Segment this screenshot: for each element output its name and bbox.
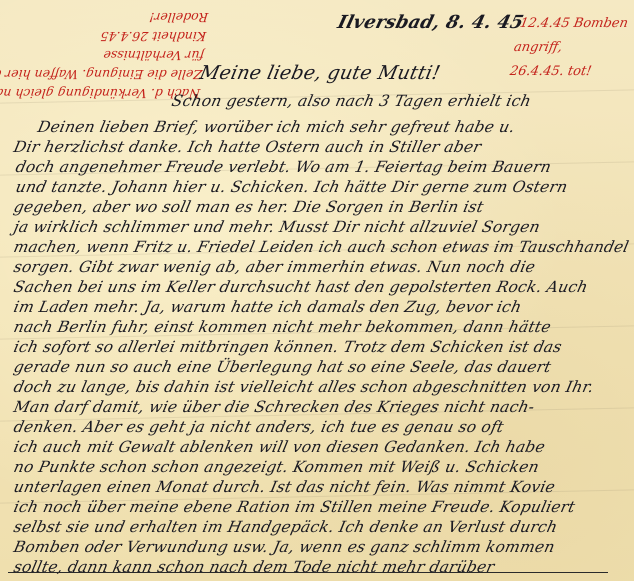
red-annotation-date-2: 26.4.45. tot! xyxy=(509,64,593,79)
letter-line: im Laden mehr. Ja, warum hatte ich damal… xyxy=(12,298,523,316)
letter-line: machen, wenn Fritz u. Friedel Leiden ich… xyxy=(12,238,630,256)
letter-line: doch angenehmer Freude verlebt. Wo am 1.… xyxy=(14,158,553,176)
letter-line: und tanzte. Johann hier u. Schicken. Ich… xyxy=(14,178,569,196)
upside-down-red-annotation: Nach d. Verkündigung gleich nach Zelle d… xyxy=(0,8,209,103)
place-date: Ilversbad, 8. 4. 45 xyxy=(335,12,525,33)
letter-line: Bomben oder Verwundung usw. Ja, wenn es … xyxy=(12,538,556,556)
annotation-line: für Verhältnisse xyxy=(3,46,205,65)
letter-line: no Punkte schon schon angezeigt. Kommen … xyxy=(12,458,541,476)
red-annotation-word: angriff, xyxy=(513,40,564,55)
letter-line: Man darf damit, wie über die Schrecken d… xyxy=(12,398,536,416)
letter-line: Schon gestern, also nach 3 Tagen erhielt… xyxy=(170,92,533,110)
letter-line: ich auch mit Gewalt ablenken will von di… xyxy=(12,438,547,456)
letter-line: ich noch über meine ebene Ration im Stil… xyxy=(12,498,577,516)
letter-line: denken. Aber es geht ja nicht anders, ic… xyxy=(12,418,505,436)
letter-line: gerade nun so auch eine Überlegung hat s… xyxy=(12,358,553,376)
red-annotation-date-1: 12.4.45 Bomben xyxy=(519,16,630,31)
letter-line: ja wirklich schlimmer und mehr. Musst Di… xyxy=(12,218,542,236)
letter-line: sollte, dann kann schon nach dem Tode ni… xyxy=(12,558,496,576)
letter-line: Dir herzlichst danke. Ich hatte Ostern a… xyxy=(12,138,483,156)
annotation-line: Rodeller! xyxy=(7,8,209,27)
letter-line: sorgen. Gibt zwar wenig ab, aber immerhi… xyxy=(12,258,537,276)
bottom-rule xyxy=(8,572,608,573)
letter-line: selbst sie und erhalten im Handgepäck. I… xyxy=(12,518,559,536)
letter-page: Nach d. Verkündigung gleich nach Zelle d… xyxy=(0,0,634,581)
letter-line: Deinen lieben Brief, worüber ich mich se… xyxy=(36,118,516,136)
letter-line: Sachen bei uns im Keller durchsucht hast… xyxy=(12,278,589,296)
annotation-line: Nach d. Verkündigung gleich nach xyxy=(0,84,201,103)
annotation-line: Zelle die Einigung. Waffen hier die xyxy=(1,65,203,84)
letter-line: nach Berlin fuhr, einst kommen nicht meh… xyxy=(12,318,553,336)
letter-line: gegeben, aber wo soll man es her. Die So… xyxy=(12,198,485,216)
letter-line: unterlagen einen Monat durch. Ist das ni… xyxy=(12,478,557,496)
letter-line: ich sofort so allerlei mitbringen können… xyxy=(12,338,563,356)
annotation-line: Kindheit 26.4.45 xyxy=(5,27,207,46)
salutation: Meine liebe, gute Mutti! xyxy=(198,62,443,84)
letter-line: doch zu lange, bis dahin ist vielleicht … xyxy=(12,378,595,396)
